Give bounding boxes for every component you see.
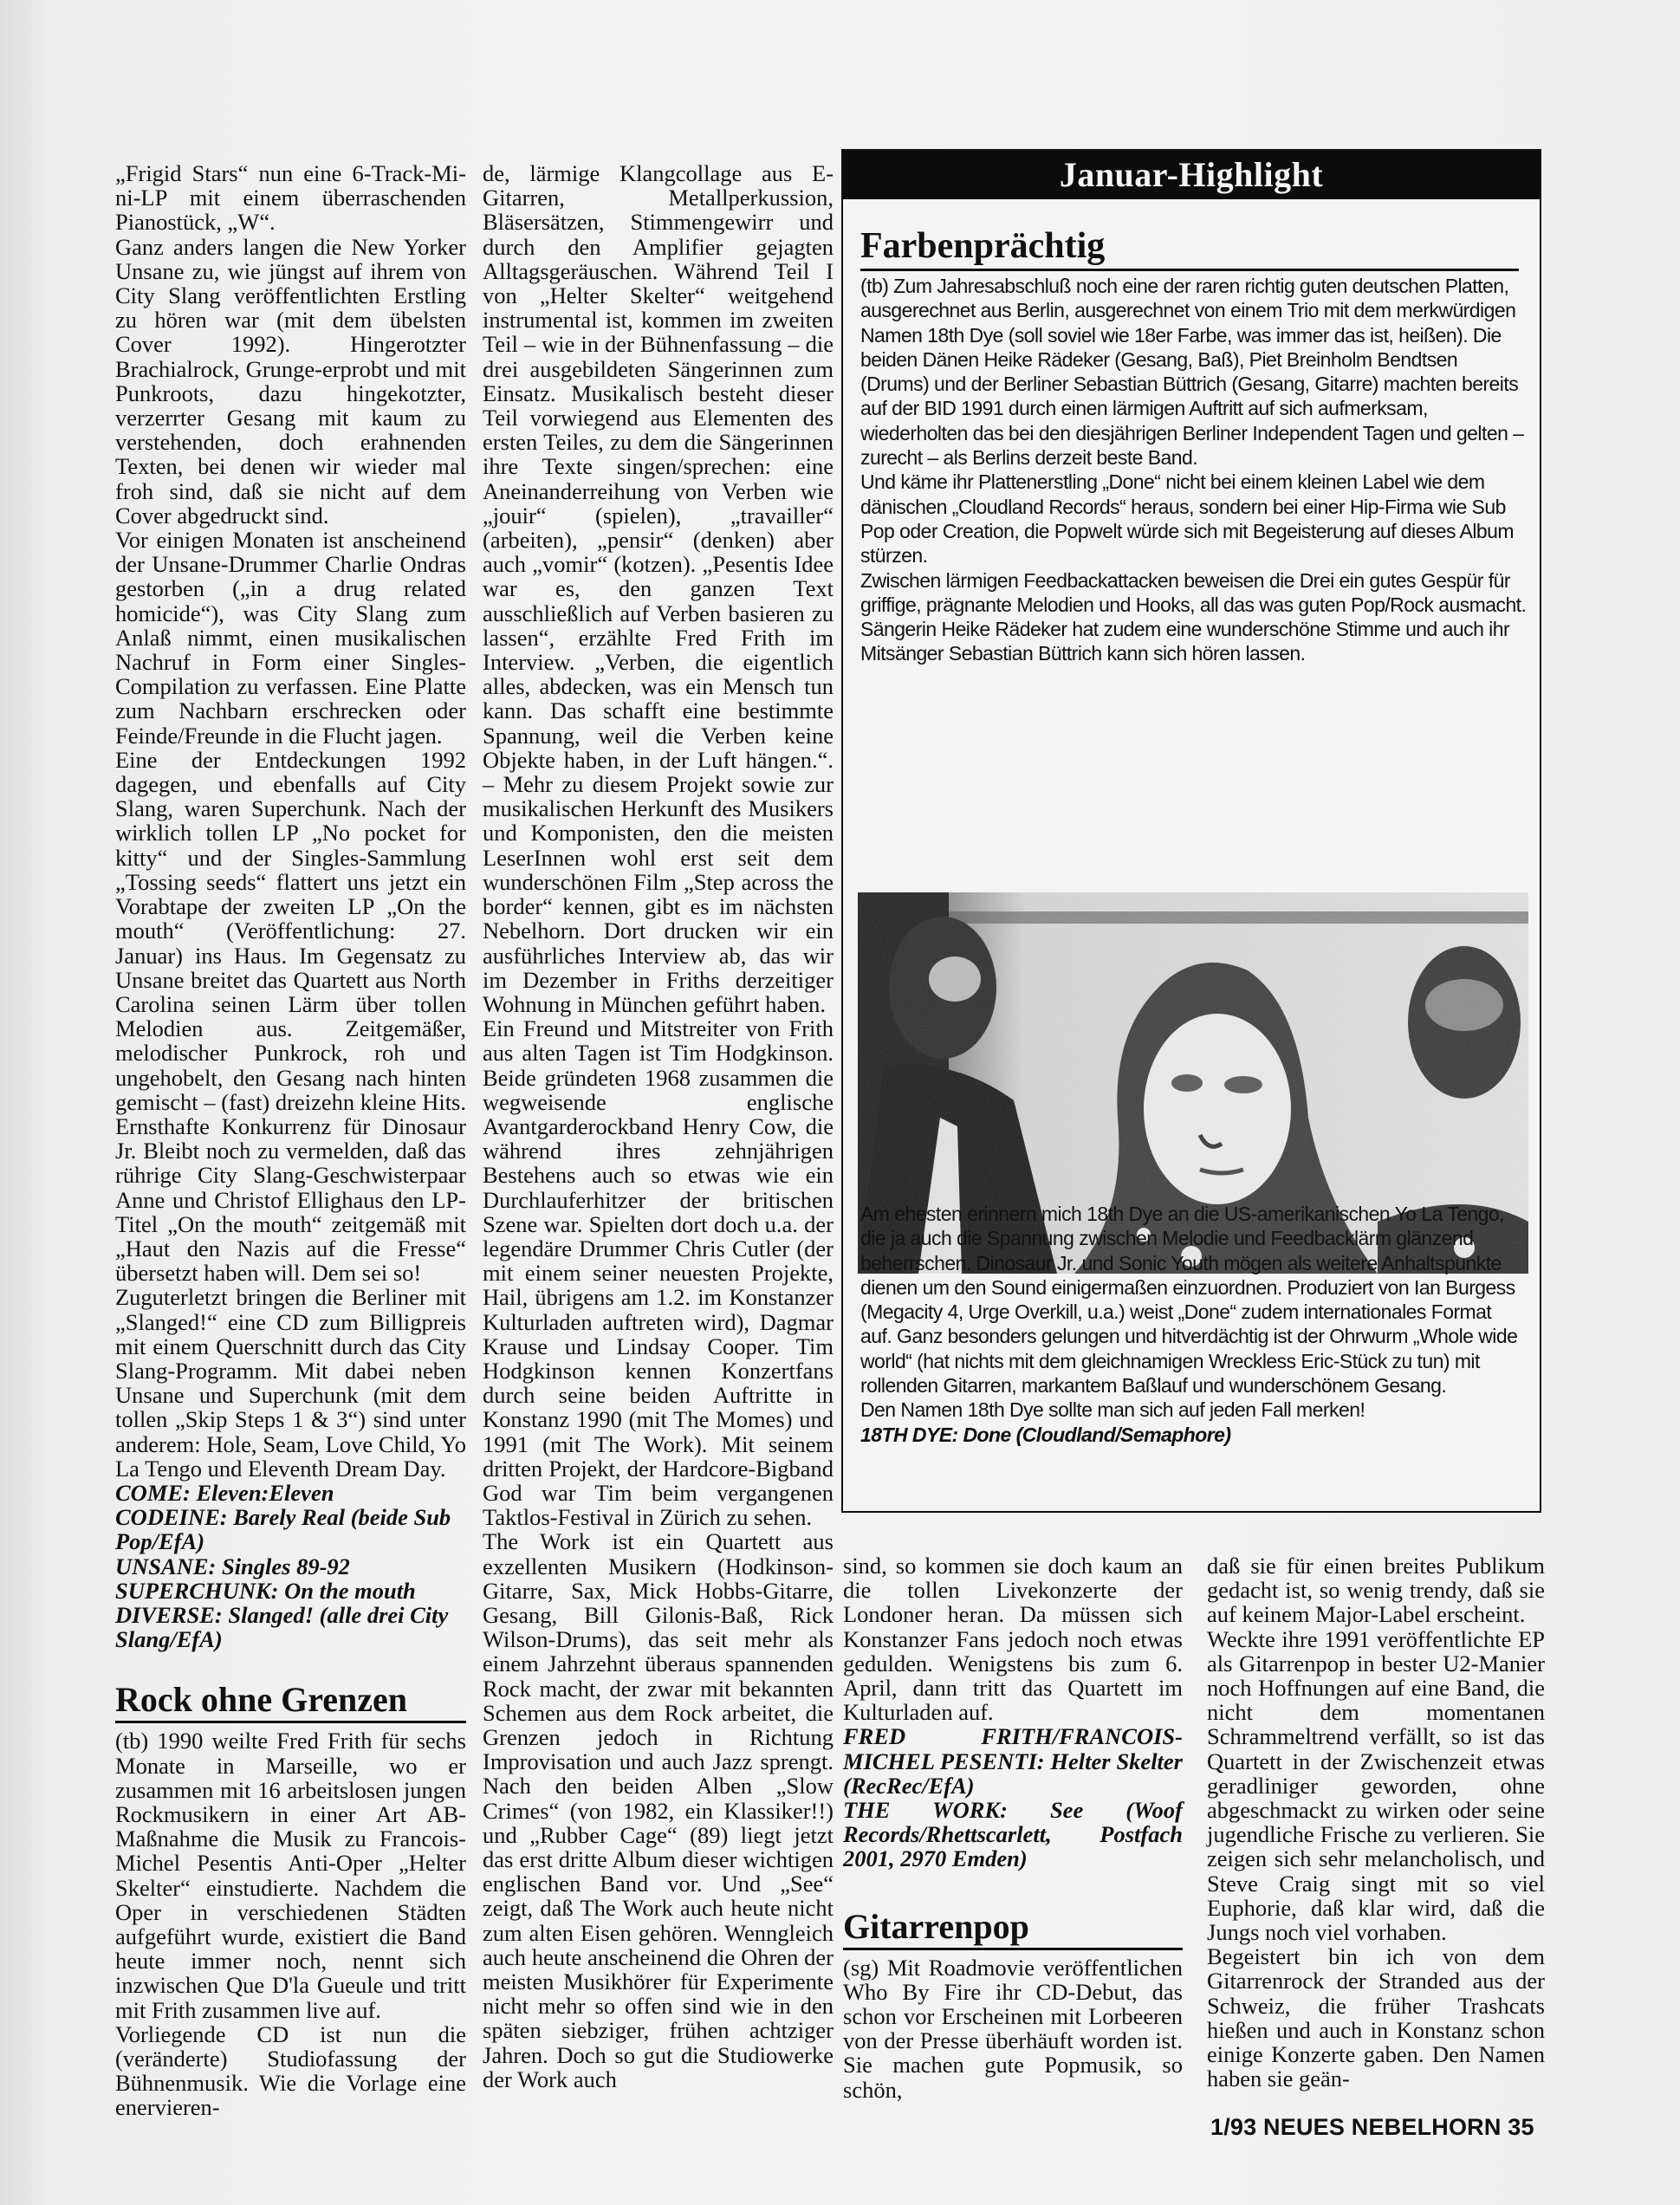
paragraph: Vor einigen Monaten ist anscheinend der …	[115, 528, 466, 748]
paragraph: (sg) Mit Roadmovie veröffentlichen Who B…	[843, 1955, 1183, 2102]
highlight-title: Farbenprächtig	[860, 225, 1519, 271]
highlight-banner: Januar-Highlight	[843, 151, 1540, 199]
release-credit: SUPERCHUNK: On the mouth	[115, 1579, 466, 1603]
paragraph: sind, so kommen sie doch kaum an die tol…	[843, 1553, 1183, 1724]
paragraph: Zwischen lärmigen Feedbackattacken bewei…	[860, 568, 1528, 666]
paragraph: Zuguterletzt bringen die Berliner mit „S…	[115, 1285, 466, 1481]
article-column-1: „Frigid Stars“ nun eine 6-Track-Mi-ni-LP…	[115, 161, 466, 2120]
highlight-text-bottom: Am ehesten erinnern mich 18th Dye an die…	[860, 1202, 1528, 1447]
article-column-4: daß sie für einen breites Publikum gedac…	[1207, 1553, 1545, 2091]
highlight-box: Januar-Highlight Farbenprächtig (tb) Zum…	[841, 149, 1541, 1513]
paragraph: The Work ist ein Quartett aus exzellente…	[483, 1529, 834, 2092]
page-footer: 1/93 NEUES NEBELHORN 35	[1210, 2114, 1534, 2141]
section-heading-gitarrenpop: Gitarrenpop	[843, 1908, 1183, 1950]
paragraph: Am ehesten erinnern mich 18th Dye an die…	[860, 1202, 1528, 1398]
article-column-3: sind, so kommen sie doch kaum an die tol…	[843, 1553, 1183, 2102]
release-credit: FRED FRITH/FRANCOIS-MICHEL PESENTI: Helt…	[843, 1724, 1183, 1798]
paragraph: „Frigid Stars“ nun eine 6-Track-Mi-ni-LP…	[115, 161, 466, 235]
paragraph: Ganz anders langen die New Yorker Unsane…	[115, 235, 466, 528]
release-credit: COME: Eleven:Eleven	[115, 1481, 466, 1505]
section-heading-rock-ohne-grenzen: Rock ohne Grenzen	[115, 1681, 466, 1723]
paragraph: Vorliegende CD ist nun die (veränderte) …	[115, 2022, 466, 2120]
release-credit: THE WORK: See (Woof Records/Rhettscarlet…	[843, 1798, 1183, 1871]
release-credit: DIVERSE: Slanged! (alle drei City Slang/…	[115, 1603, 466, 1651]
paragraph: Weckte ihre 1991 veröffentlichte EP als …	[1207, 1627, 1545, 1945]
paragraph: Ein Freund und Mitstreiter von Frith aus…	[483, 1016, 834, 1529]
release-credit: CODEINE: Barely Real (beide Sub Pop/EfA)	[115, 1505, 466, 1553]
paragraph: de, lärmige Klangcollage aus E-Gitarren,…	[483, 161, 834, 1016]
paragraph: Und käme ihr Plattenerstling „Done“ nich…	[860, 470, 1528, 567]
paragraph: daß sie für einen breites Publikum gedac…	[1207, 1553, 1545, 1627]
paragraph: Begeistert bin ich von dem Gitarrenrock …	[1207, 1944, 1545, 2091]
release-credit: UNSANE: Singles 89-92	[115, 1554, 466, 1579]
release-credit: 18TH DYE: Done (Cloudland/Semaphore)	[860, 1423, 1528, 1447]
highlight-text-top: (tb) Zum Jahresabschluß noch eine der ra…	[860, 274, 1528, 666]
paragraph: Eine der Entdeckungen 1992 dagegen, und …	[115, 748, 466, 1285]
paragraph: (tb) Zum Jahresabschluß noch eine der ra…	[860, 274, 1528, 470]
article-column-2: de, lärmige Klangcollage aus E-Gitarren,…	[483, 161, 834, 2092]
paragraph: Den Namen 18th Dye sollte man sich auf j…	[860, 1398, 1528, 1422]
paragraph: (tb) 1990 weilte Fred Frith für sechs Mo…	[115, 1728, 466, 2021]
